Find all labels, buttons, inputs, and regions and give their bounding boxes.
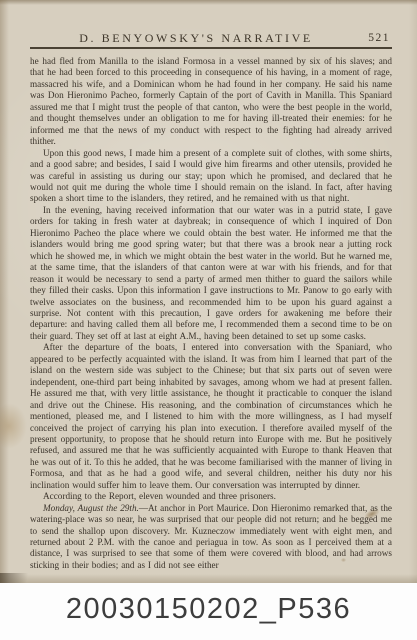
body-text: he had fled from Manilla to the island F… <box>30 56 392 571</box>
catalog-label-strip: 20030150202_P536 <box>0 583 417 640</box>
paragraph: In the evening, having received informat… <box>30 205 392 342</box>
date-lead-italic: Monday, August the 29th. <box>43 503 139 513</box>
paragraph: Upon this good news, I made him a presen… <box>30 148 392 205</box>
page-title: D. BENYOWSKY'S NARRATIVE <box>30 31 362 46</box>
paragraph: After the departure of the boats, I ente… <box>30 342 392 491</box>
paragraph: According to the Report, eleven wounded … <box>30 491 392 502</box>
page-number: 521 <box>368 32 390 44</box>
paper-stain <box>0 403 27 449</box>
paragraph: Monday, August the 29th.—At anchor in Po… <box>30 503 392 572</box>
paper-speck <box>341 558 346 562</box>
header-divider <box>30 47 392 49</box>
paper-scan-area: D. BENYOWSKY'S NARRATIVE 521 he had fled… <box>0 0 417 583</box>
running-header: D. BENYOWSKY'S NARRATIVE 521 <box>30 31 392 47</box>
page-corner-shadow <box>0 573 42 583</box>
scanned-book-page: D. BENYOWSKY'S NARRATIVE 521 he had fled… <box>0 0 417 640</box>
catalog-number: 20030150202_P536 <box>66 593 351 626</box>
paragraph: he had fled from Manilla to the island F… <box>30 56 392 148</box>
